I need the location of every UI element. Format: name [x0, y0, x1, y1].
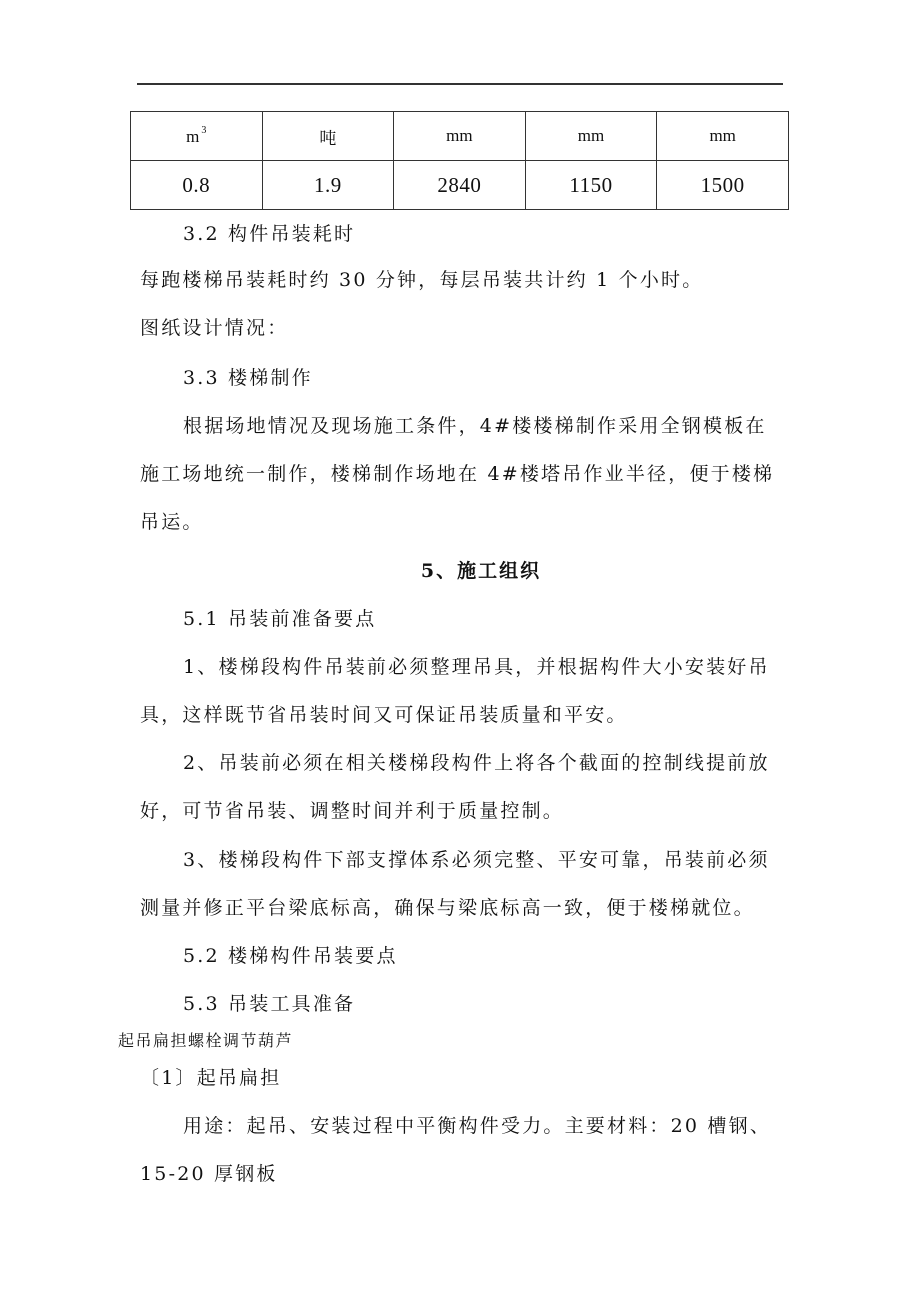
table-cell-length: 2840	[394, 161, 526, 210]
section-3-3-heading: 3.3 楼梯制作	[183, 366, 313, 390]
table-cell-unit-volume: m3	[131, 112, 263, 161]
list-item-line: 3、楼梯段构件下部支撑体系必须完整、平安可靠，吊装前必须	[183, 848, 770, 872]
unit-text: mm	[709, 126, 735, 145]
table-cell-volume: 0.8	[131, 161, 263, 210]
table-row-values: 0.8 1.9 2840 1150 1500	[131, 161, 789, 210]
list-item-line: 测量并修正平台梁底标高，确保与梁底标高一致，便于楼梯就位。	[140, 896, 755, 920]
section-5-2-heading: 5.2 楼梯构件吊装要点	[183, 944, 398, 968]
list-item-line: 好，可节省吊装、调整时间并利于质量控制。	[140, 799, 564, 823]
list-item-line: 1、楼梯段构件吊装前必须整理吊具，并根据构件大小安装好吊	[183, 655, 770, 679]
tool-1-heading: 〔1〕起吊扁担	[140, 1066, 282, 1090]
unit-superscript: 3	[201, 125, 206, 136]
table-cell-height: 1500	[657, 161, 789, 210]
tools-caption: 起吊扁担螺栓调节葫芦	[118, 1031, 293, 1051]
unit-text: mm	[578, 126, 604, 145]
tool-1-usage-line: 用途：起吊、安装过程中平衡构件受力。主要材料：20 槽钢、	[183, 1114, 771, 1138]
section-3-2-heading: 3.2 构件吊装耗时	[183, 222, 355, 246]
tool-1-usage-line: 15-20 厚钢板	[140, 1162, 278, 1186]
drawing-design-label: 图纸设计情况：	[140, 316, 288, 340]
table-cell-width: 1150	[525, 161, 657, 210]
paragraph-line: 施工场地统一制作，楼梯制作场地在 4#楼塔吊作业半径，便于楼梯	[140, 462, 774, 486]
section-5-1-heading: 5.1 吊装前准备要点	[183, 607, 376, 631]
section-3-2-text: 每跑楼梯吊装耗时约 30 分钟，每层吊装共计约 1 个小时。	[140, 268, 703, 292]
table-cell-unit-height: mm	[657, 112, 789, 161]
component-spec-table: m3 吨 mm mm mm 0.8 1.9 2840 1150 1500	[130, 111, 789, 210]
table-cell-weight: 1.9	[262, 161, 394, 210]
list-item-line: 具，这样既节省吊装时间又可保证吊装质量和平安。	[140, 703, 628, 727]
paragraph-line: 根据场地情况及现场施工条件，4#楼楼梯制作采用全钢模板在	[183, 414, 767, 438]
page-header-rule	[137, 83, 783, 85]
table-row-units: m3 吨 mm mm mm	[131, 112, 789, 161]
section-5-heading: 5、施工组织	[0, 559, 920, 583]
unit-text: m	[186, 127, 199, 146]
section-5-3-heading: 5.3 吊装工具准备	[183, 992, 355, 1016]
paragraph-line: 吊运。	[140, 510, 204, 534]
table-cell-unit-length: mm	[394, 112, 526, 161]
table-cell-unit-weight: 吨	[262, 112, 394, 161]
table-cell-unit-width: mm	[525, 112, 657, 161]
unit-text: 吨	[319, 129, 336, 148]
unit-text: mm	[446, 126, 472, 145]
list-item-line: 2、吊装前必须在相关楼梯段构件上将各个截面的控制线提前放	[183, 751, 770, 775]
